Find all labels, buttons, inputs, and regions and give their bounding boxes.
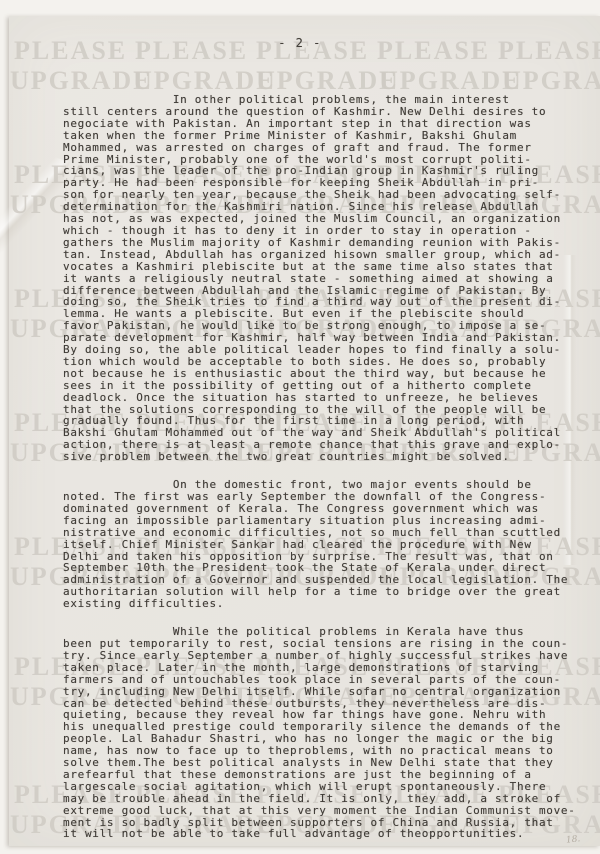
- scanned-page: PLEASEUPGRADEPLEASEUPGRADEPLEASEUPGRADEP…: [0, 0, 600, 854]
- paragraph: In other political problems, the main in…: [63, 94, 588, 463]
- paragraph: While the political problems in Kerala h…: [63, 626, 588, 840]
- document-body: In other political problems, the main in…: [63, 94, 588, 840]
- page-number: - 2 -: [0, 36, 600, 50]
- paragraph: On the domestic front, two major events …: [63, 479, 588, 610]
- handwritten-annotation: 18.: [566, 834, 581, 845]
